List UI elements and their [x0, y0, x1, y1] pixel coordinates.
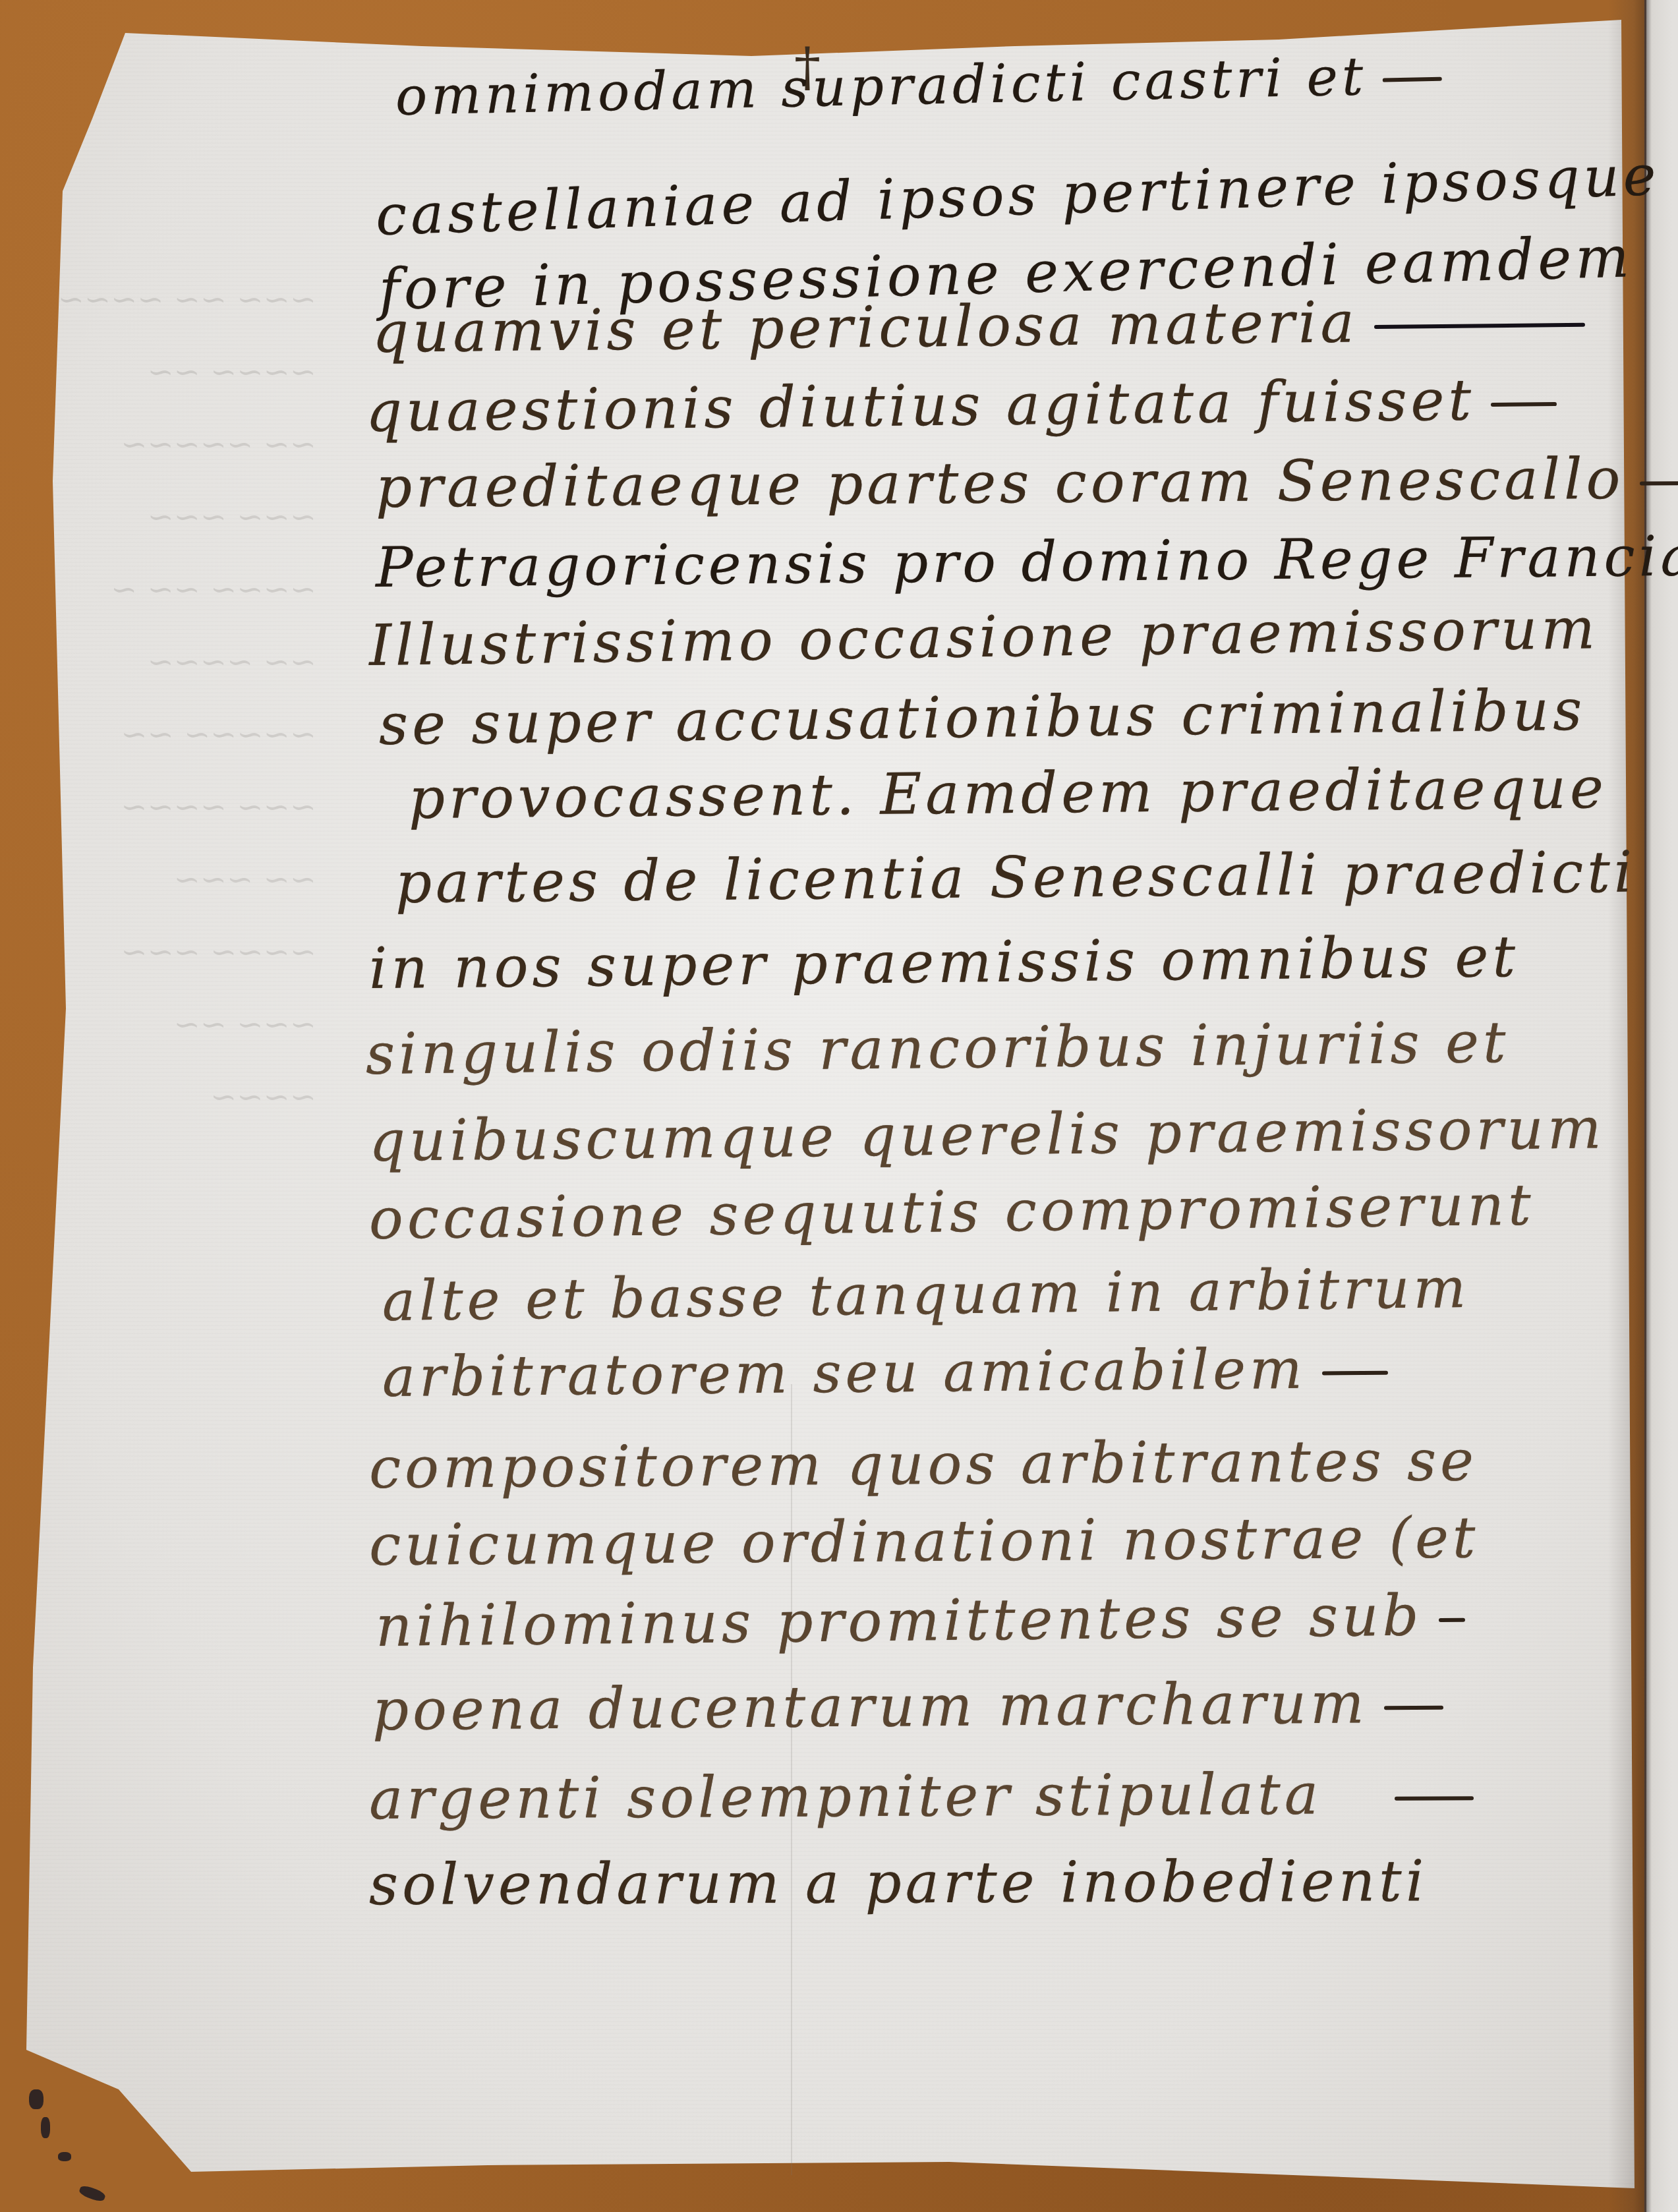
text-line: in nos super praemissis omnibus et — [368, 924, 1519, 1002]
text-line: omnimodam supradicti castri et — [395, 44, 1443, 127]
text-line: partes de licentia Senescalli praedicti — [395, 840, 1636, 916]
text-line: solvendarum a parte inobedienti — [369, 1848, 1428, 1918]
text-line: argenti solempniter stipulata — [369, 1761, 1474, 1832]
text-line: poena ducentarum marcharum — [372, 1670, 1443, 1743]
text-line: quamvis et periculosa materia — [372, 287, 1585, 366]
text-line: nihilominus promittentes se sub — [375, 1583, 1465, 1660]
text-line: se super accusationibus criminalibus — [378, 678, 1586, 758]
text-line: Petragoricensis pro domino Rege Franciae — [376, 523, 1678, 600]
text-line: singulis odiis rancoribus injuriis et — [365, 1010, 1509, 1088]
text-line: quaestionis diutius agitata fuisset — [365, 366, 1557, 445]
text-line: alte et basse tanquam in arbitrum — [382, 1256, 1470, 1333]
text-line: provocassent. Eamdem praeditaeque — [409, 755, 1608, 832]
text-line: compositorem quos arbitrantes se — [369, 1428, 1478, 1501]
text-line: praeditaeque partes coram Senescallo — [376, 446, 1678, 521]
text-line: occasione sequutis compromiserunt — [368, 1172, 1535, 1252]
text-line: Illustrissimo occasione praemissorum — [368, 596, 1599, 679]
text-line: quibuscumque querelis praemissorum — [368, 1095, 1606, 1175]
manuscript-text: omnimodam supradicti castri et castellan… — [0, 0, 1678, 2212]
text-line: cuicumque ordinationi nostrae (et — [369, 1505, 1480, 1579]
text-line: arbitratorem seu amicabilem — [382, 1336, 1388, 1409]
